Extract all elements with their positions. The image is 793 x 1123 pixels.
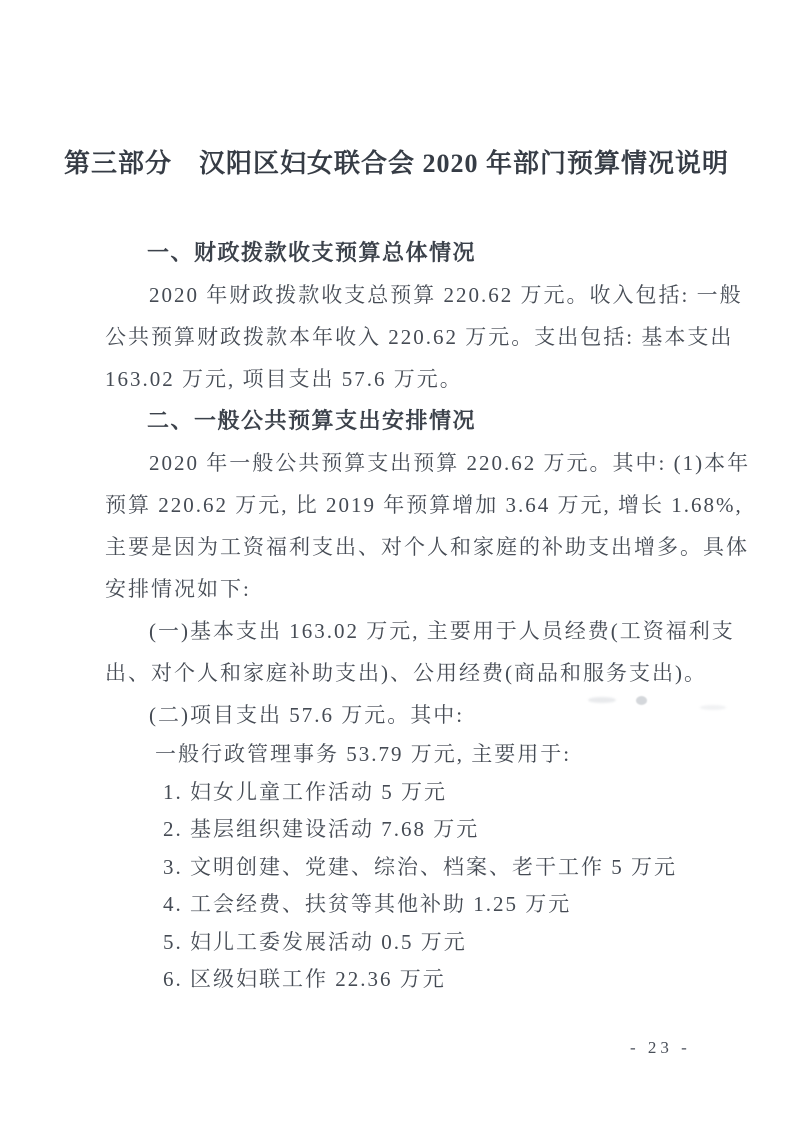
document-body: 一、财政拨款收支预算总体情况 2020 年财政拨款收支总预算 220.62 万元… <box>105 232 705 999</box>
admin-affairs-line: 一般行政管理事务 53.79 万元, 主要用于: <box>105 736 705 774</box>
budget-item-line: 2. 基层组织建设活动 7.68 万元 <box>105 811 705 849</box>
paragraph-line: 出、对个人和家庭补助支出)、公用经费(商品和服务支出)。 <box>105 652 705 694</box>
budget-item-line: 6. 区级妇联工作 22.36 万元 <box>105 961 705 999</box>
paragraph-line: 主要是因为工资福利支出、对个人和家庭的补助支出增多。具体 <box>105 526 705 568</box>
budget-item-line: 3. 文明创建、党建、综治、档案、老干工作 5 万元 <box>105 849 705 887</box>
paragraph-line: 163.02 万元, 项目支出 57.6 万元。 <box>105 358 705 400</box>
page-number: - 23 - <box>630 1038 691 1058</box>
budget-item-line: 5. 妇儿工委发展活动 0.5 万元 <box>105 924 705 962</box>
basic-expense-line: (一)基本支出 163.02 万元, 主要用于人员经费(工资福利支 <box>105 610 705 652</box>
paragraph-line: 预算 220.62 万元, 比 2019 年预算增加 3.64 万元, 增长 1… <box>105 484 705 526</box>
section-one-heading: 一、财政拨款收支预算总体情况 <box>105 232 705 274</box>
paragraph-line: 安排情况如下: <box>105 568 705 610</box>
project-expense-line: (二)项目支出 57.6 万元。其中: <box>105 694 705 736</box>
budget-item-line: 1. 妇女儿童工作活动 5 万元 <box>105 774 705 812</box>
paragraph-line: 2020 年财政拨款收支总预算 220.62 万元。收入包括: 一般 <box>105 274 705 316</box>
section-two-heading: 二、一般公共预算支出安排情况 <box>105 400 705 442</box>
paragraph-line: 2020 年一般公共预算支出预算 220.62 万元。其中: (1)本年 <box>105 442 705 484</box>
budget-item-line: 4. 工会经费、扶贫等其他补助 1.25 万元 <box>105 886 705 924</box>
paragraph-line: 公共预算财政拨款本年收入 220.62 万元。支出包括: 基本支出 <box>105 316 705 358</box>
scanned-document-page: 第三部分 汉阳区妇女联合会 2020 年部门预算情况说明 一、财政拨款收支预算总… <box>0 0 793 1123</box>
document-title: 第三部分 汉阳区妇女联合会 2020 年部门预算情况说明 <box>0 144 793 184</box>
